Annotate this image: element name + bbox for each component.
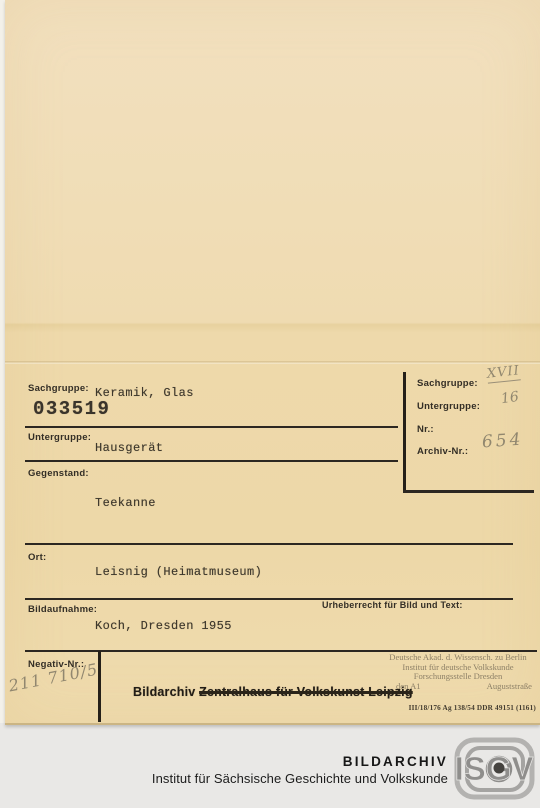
fold-crease <box>5 361 540 364</box>
ort-label: Ort: <box>28 552 46 563</box>
gegenstand-label: Gegenstand: <box>28 468 89 479</box>
scanned-archive-card: Sachgruppe: Keramik, Glas 033519 Untergr… <box>0 0 540 808</box>
rule-3 <box>25 543 513 545</box>
untergruppe-value: Hausgerät <box>95 441 163 455</box>
corner-untergruppe-label: Untergruppe: <box>417 401 480 412</box>
rule-1 <box>25 426 398 428</box>
corner-nr-label: Nr.: <box>417 424 434 435</box>
index-card <box>5 0 540 725</box>
corner-box-left-border <box>403 372 406 492</box>
sachgruppe-label: Sachgruppe: <box>28 383 89 394</box>
bildaufnahme-value: Koch, Dresden 1955 <box>95 619 232 633</box>
corner-sachgruppe-value-handwritten: XVII <box>486 363 521 383</box>
bildarchiv-ownership-stamp: Bildarchiv Zentralhaus für Volkskunst Le… <box>133 685 413 699</box>
rule-2 <box>25 460 398 462</box>
footer-subtitle: Institut für Sächsische Geschichte und V… <box>152 771 448 786</box>
negativ-divider <box>98 651 101 722</box>
corner-box-bottom-border <box>403 490 534 493</box>
institute-stamp-address-left: den A1 <box>396 682 421 692</box>
urheberrecht-label: Urheberrecht für Bild und Text: <box>322 600 463 610</box>
bildarchiv-stamp-prefix: Bildarchiv <box>133 685 199 699</box>
corner-archiv-value-handwritten: 654 <box>481 430 524 453</box>
corner-archiv-label: Archiv-Nr.: <box>417 446 468 457</box>
gegenstand-value: Teekanne <box>95 496 156 510</box>
untergruppe-label: Untergruppe: <box>28 432 91 443</box>
print-code: III/18/176 Ag 138/54 DDR 49151 (1161) <box>409 704 536 712</box>
corner-untergruppe-value-handwritten: 16 <box>500 389 520 407</box>
corner-sachgruppe-label: Sachgruppe: <box>417 378 478 389</box>
isgv-logo-icon: ISGV <box>450 737 538 803</box>
ort-value: Leisnig (Heimatmuseum) <box>95 565 262 579</box>
institute-stamp: Deutsche Akad. d. Wissensch. zu Berlin I… <box>378 653 538 691</box>
institute-stamp-address-right: Auguststraße <box>487 682 532 692</box>
bildaufnahme-label: Bildaufnahme: <box>28 604 97 615</box>
inventory-number-stamp: 033519 <box>33 398 110 420</box>
footer-title: BILDARCHIV <box>343 754 448 769</box>
